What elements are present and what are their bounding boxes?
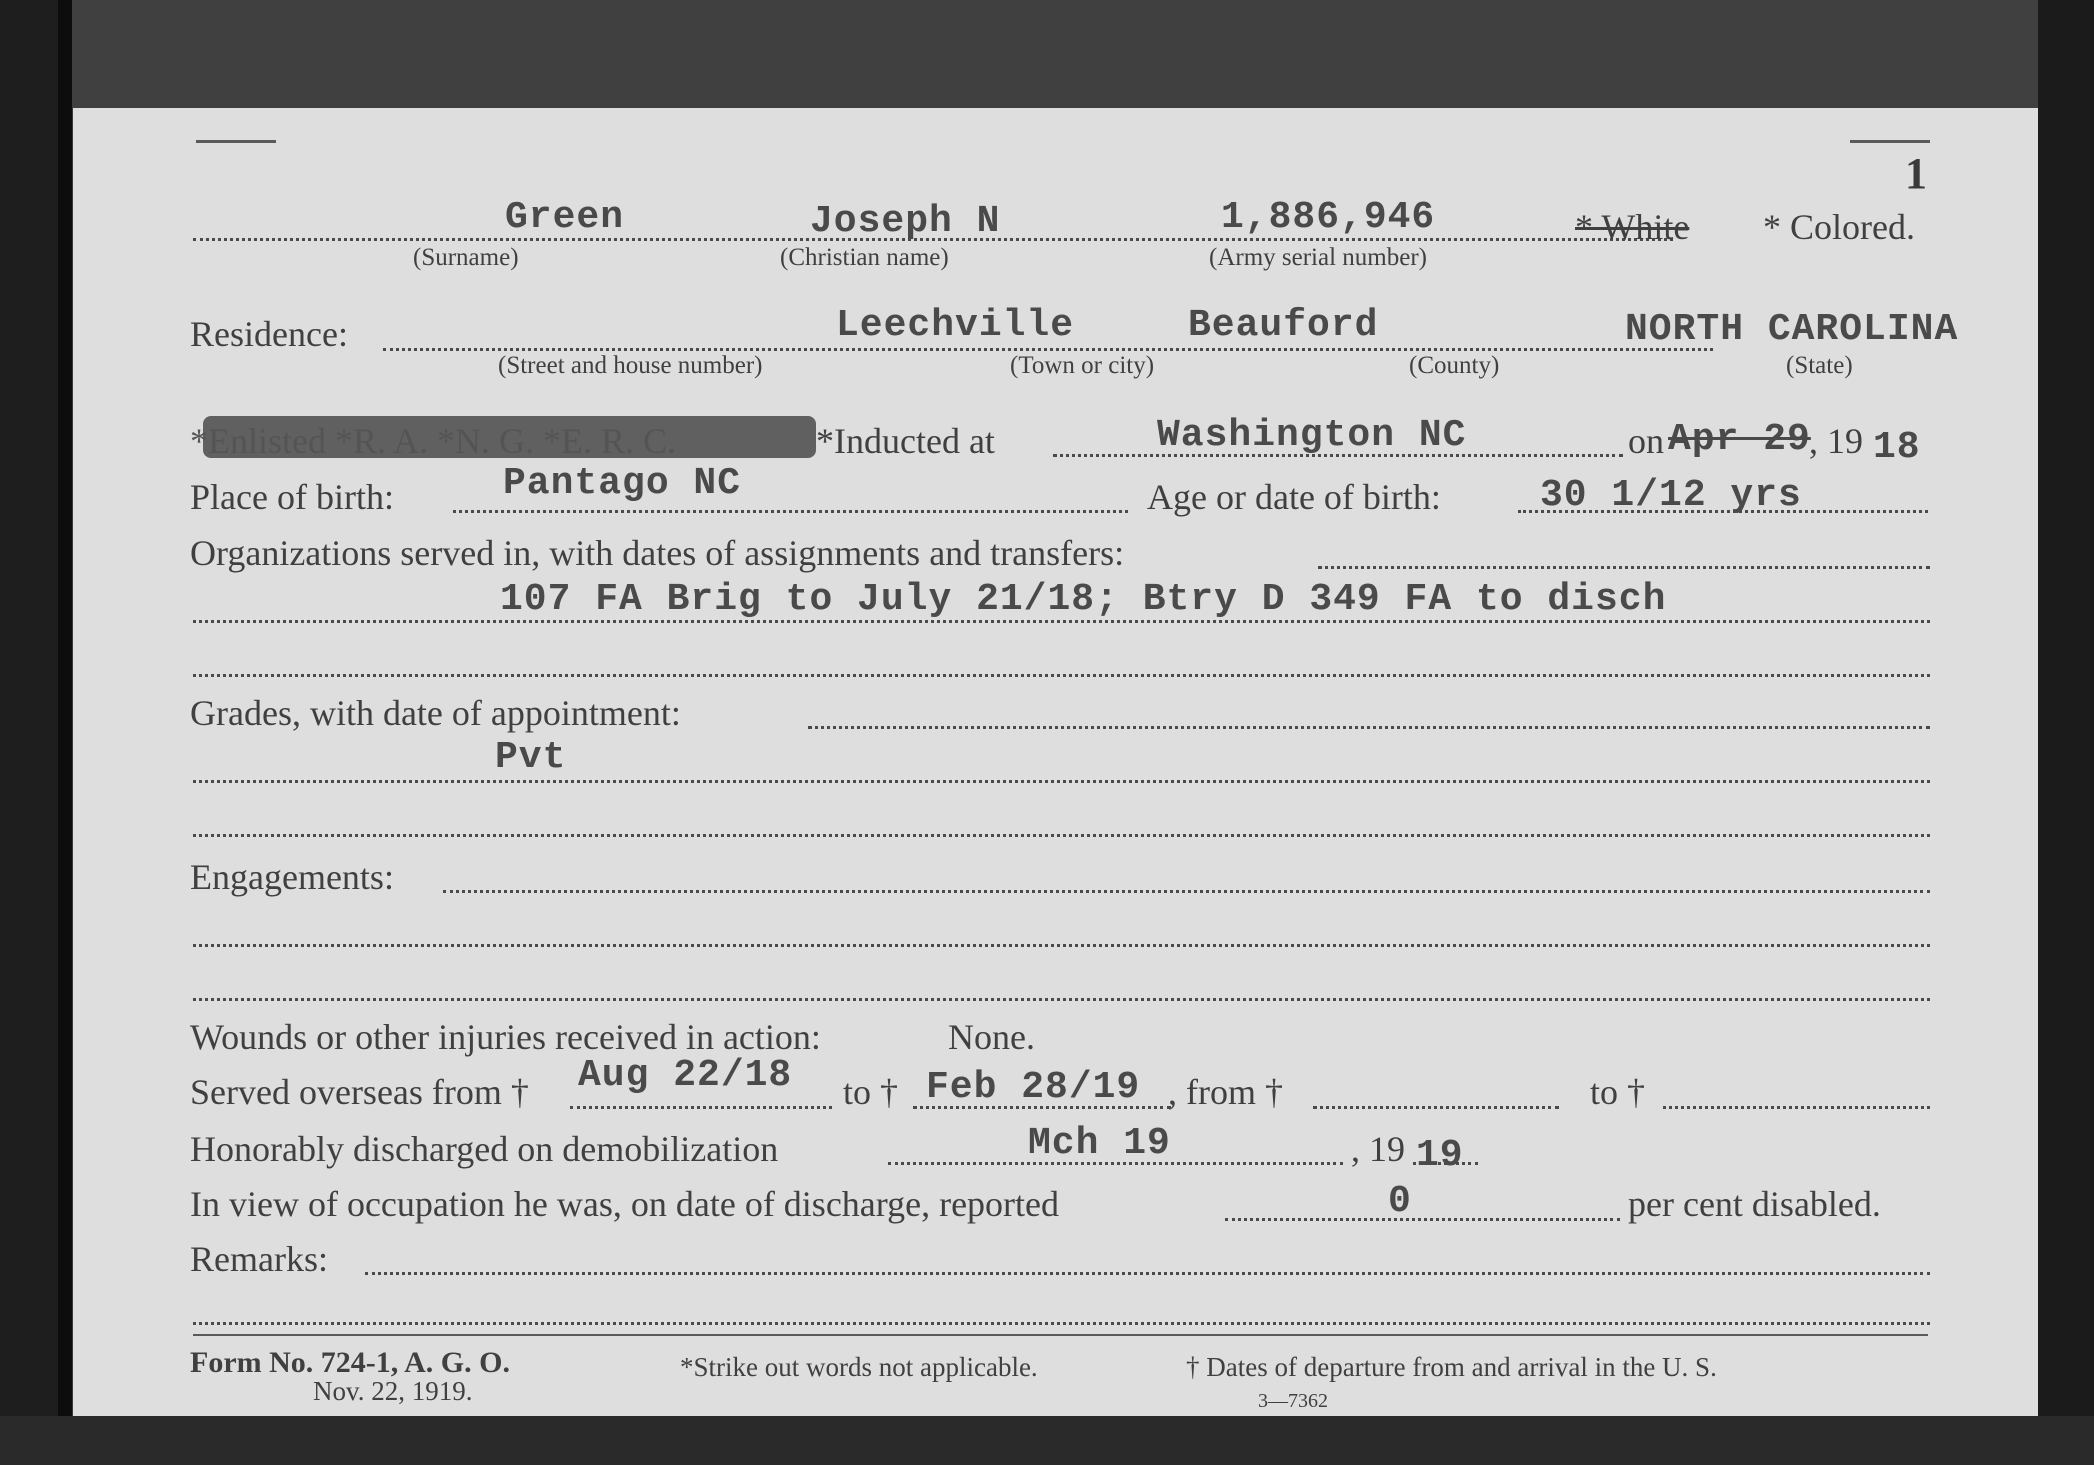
engagements-label: Engagements: xyxy=(190,856,394,898)
top-left-rule xyxy=(196,140,276,143)
grades-label: Grades, with date of appointment: xyxy=(190,692,681,734)
place-of-birth-label: Place of birth: xyxy=(190,476,394,518)
age-label: Age or date of birth: xyxy=(1147,476,1441,518)
disability-percent: 0 xyxy=(1388,1180,1412,1223)
discharge-date-value: Mch 19 xyxy=(1028,1122,1171,1165)
remarks-label: Remarks: xyxy=(190,1238,328,1280)
organizations-entry: 107 FA Brig to July 21/18; Btry D 349 FA… xyxy=(500,578,1666,621)
service-record-card: 1 Green (Surname) Joseph N (Christian na… xyxy=(73,108,2038,1416)
town-caption: (Town or city) xyxy=(1010,352,1154,380)
disability-label: In view of occupation he was, on date of… xyxy=(190,1183,1059,1225)
discharge-year-suffix: 19 xyxy=(1416,1134,1464,1177)
scanner-background-bottom xyxy=(0,1416,2094,1465)
inducted-year-prefix: , 19 xyxy=(1809,420,1863,462)
age-value: 30 1/12 yrs xyxy=(1540,474,1802,517)
grades-line-2 xyxy=(193,834,1930,837)
residence-label: Residence: xyxy=(190,313,348,355)
race-colored: * Colored. xyxy=(1763,206,1915,248)
engagements-line-1 xyxy=(193,944,1930,947)
scanner-background-right xyxy=(2038,0,2094,1465)
inducted-label: *Inducted at xyxy=(816,420,995,462)
inducted-year-suffix: 18 xyxy=(1873,426,1921,469)
scanner-background-left xyxy=(0,0,66,1465)
county-value: Beauford xyxy=(1188,304,1378,347)
race-white-struck: * White xyxy=(1575,206,1689,248)
redaction-bar xyxy=(203,416,816,458)
state-value: NORTH CAROLINA xyxy=(1625,308,1958,351)
print-code: 3—7362 xyxy=(1258,1390,1328,1413)
serial-number-value: 1,886,946 xyxy=(1221,196,1435,239)
place-of-birth-line xyxy=(453,510,1128,513)
place-of-birth-value: Pantago NC xyxy=(503,462,741,505)
overseas-from2-line xyxy=(1313,1106,1559,1109)
engagements-line-0 xyxy=(443,890,1930,893)
on-label: on xyxy=(1628,420,1664,462)
state-caption: (State) xyxy=(1786,352,1853,380)
remarks-line-0 xyxy=(365,1272,1930,1275)
grades-line-0 xyxy=(808,726,1930,729)
county-caption: (County) xyxy=(1409,352,1499,380)
organizations-label: Organizations served in, with dates of a… xyxy=(190,532,1124,574)
card-number: 1 xyxy=(1905,148,1927,199)
dagger-note: † Dates of departure from and arrival in… xyxy=(1186,1352,1717,1383)
overseas-label: Served overseas from † xyxy=(190,1071,529,1113)
wounds-value: None. xyxy=(948,1016,1035,1058)
residence-line xyxy=(383,348,1713,351)
overseas-to-value: Feb 28/19 xyxy=(926,1066,1140,1109)
remarks-line-1 xyxy=(193,1322,1930,1325)
overseas-to-label: to † xyxy=(843,1071,898,1113)
street-caption: (Street and house number) xyxy=(498,352,763,380)
overseas-to2-label: to † xyxy=(1590,1071,1645,1113)
grade-entry: Pvt xyxy=(495,736,566,779)
overseas-from2-label: , from † xyxy=(1168,1071,1283,1113)
form-number: Form No. 724-1, A. G. O. xyxy=(190,1346,510,1380)
disability-suffix: per cent disabled. xyxy=(1628,1183,1881,1225)
organizations-line-2 xyxy=(193,674,1930,677)
top-right-rule xyxy=(1850,140,1930,143)
town-value: Leechville xyxy=(836,304,1074,347)
surname-value: Green xyxy=(505,196,624,239)
organizations-line-0 xyxy=(1318,566,1930,569)
christian-name-value: Joseph N xyxy=(810,200,1000,243)
wounds-label: Wounds or other injuries received in act… xyxy=(190,1016,821,1058)
grades-line-1 xyxy=(193,780,1930,783)
inducted-at-value: Washington NC xyxy=(1157,414,1466,457)
inducted-date-value: Apr 29 xyxy=(1668,418,1811,461)
strike-note: *Strike out words not applicable. xyxy=(680,1352,1038,1383)
overseas-from-value: Aug 22/18 xyxy=(578,1054,792,1097)
scanner-edge xyxy=(58,0,72,1465)
discharge-label: Honorably discharged on demobilization xyxy=(190,1128,778,1170)
form-date: Nov. 22, 1919. xyxy=(313,1376,473,1407)
scanner-background-top xyxy=(72,0,2094,108)
disability-line xyxy=(1225,1218,1620,1221)
engagements-line-2 xyxy=(193,998,1930,1001)
overseas-from-line xyxy=(570,1106,832,1109)
surname-caption: (Surname) xyxy=(413,244,519,272)
footer-divider xyxy=(193,1334,1928,1336)
discharge-year-prefix: , 19 xyxy=(1351,1128,1405,1170)
overseas-to2-line xyxy=(1663,1106,1930,1109)
serial-number-caption: (Army serial number) xyxy=(1209,244,1427,272)
christian-name-caption: (Christian name) xyxy=(780,244,949,272)
